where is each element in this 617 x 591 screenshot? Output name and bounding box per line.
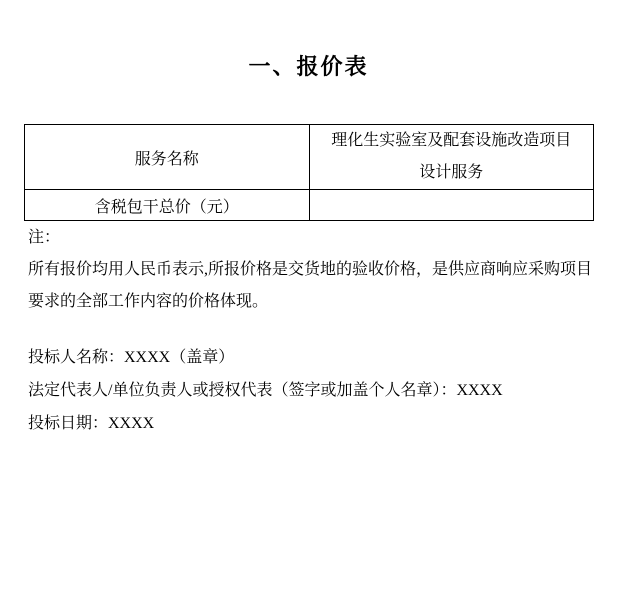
legal-representative-line: 法定代表人/单位负责人或授权代表（签字或加盖个人名章）：XXXX [28,374,594,407]
notes-section: 注： 所有报价均用人民币表示,所报价格是交货地的验收价格，是供应商响应采购项目要… [28,222,594,318]
quotation-document-page: 一、报价表 服务名称 理化生实验室及配套设施改造项目 设计服务 含税包干总价（元… [0,0,617,591]
service-name-value-line1: 理化生实验室及配套设施改造项目 [310,125,594,157]
total-price-label-cell: 含税包干总价（元） [25,190,310,221]
page-title: 一、报价表 [0,0,617,80]
bidder-name-line: 投标人名称：XXXX（盖章） [28,341,594,374]
bid-date-line: 投标日期：XXXX [28,407,594,440]
note-paragraph: 所有报价均用人民币表示,所报价格是交货地的验收价格，是供应商响应采购项目要求的全… [28,254,594,318]
signature-section: 投标人名称：XXXX（盖章） 法定代表人/单位负责人或授权代表（签字或加盖个人名… [28,341,594,440]
service-name-value-cell: 理化生实验室及配套设施改造项目 设计服务 [309,125,594,190]
total-price-value-cell [309,190,594,221]
service-name-value-line2: 设计服务 [310,157,594,189]
table-row-service-name: 服务名称 理化生实验室及配套设施改造项目 设计服务 [25,125,594,190]
note-label: 注： [28,222,594,254]
table-row-total-price: 含税包干总价（元） [25,190,594,221]
service-name-label-cell: 服务名称 [25,125,310,190]
quotation-table: 服务名称 理化生实验室及配套设施改造项目 设计服务 含税包干总价（元） [24,124,594,221]
